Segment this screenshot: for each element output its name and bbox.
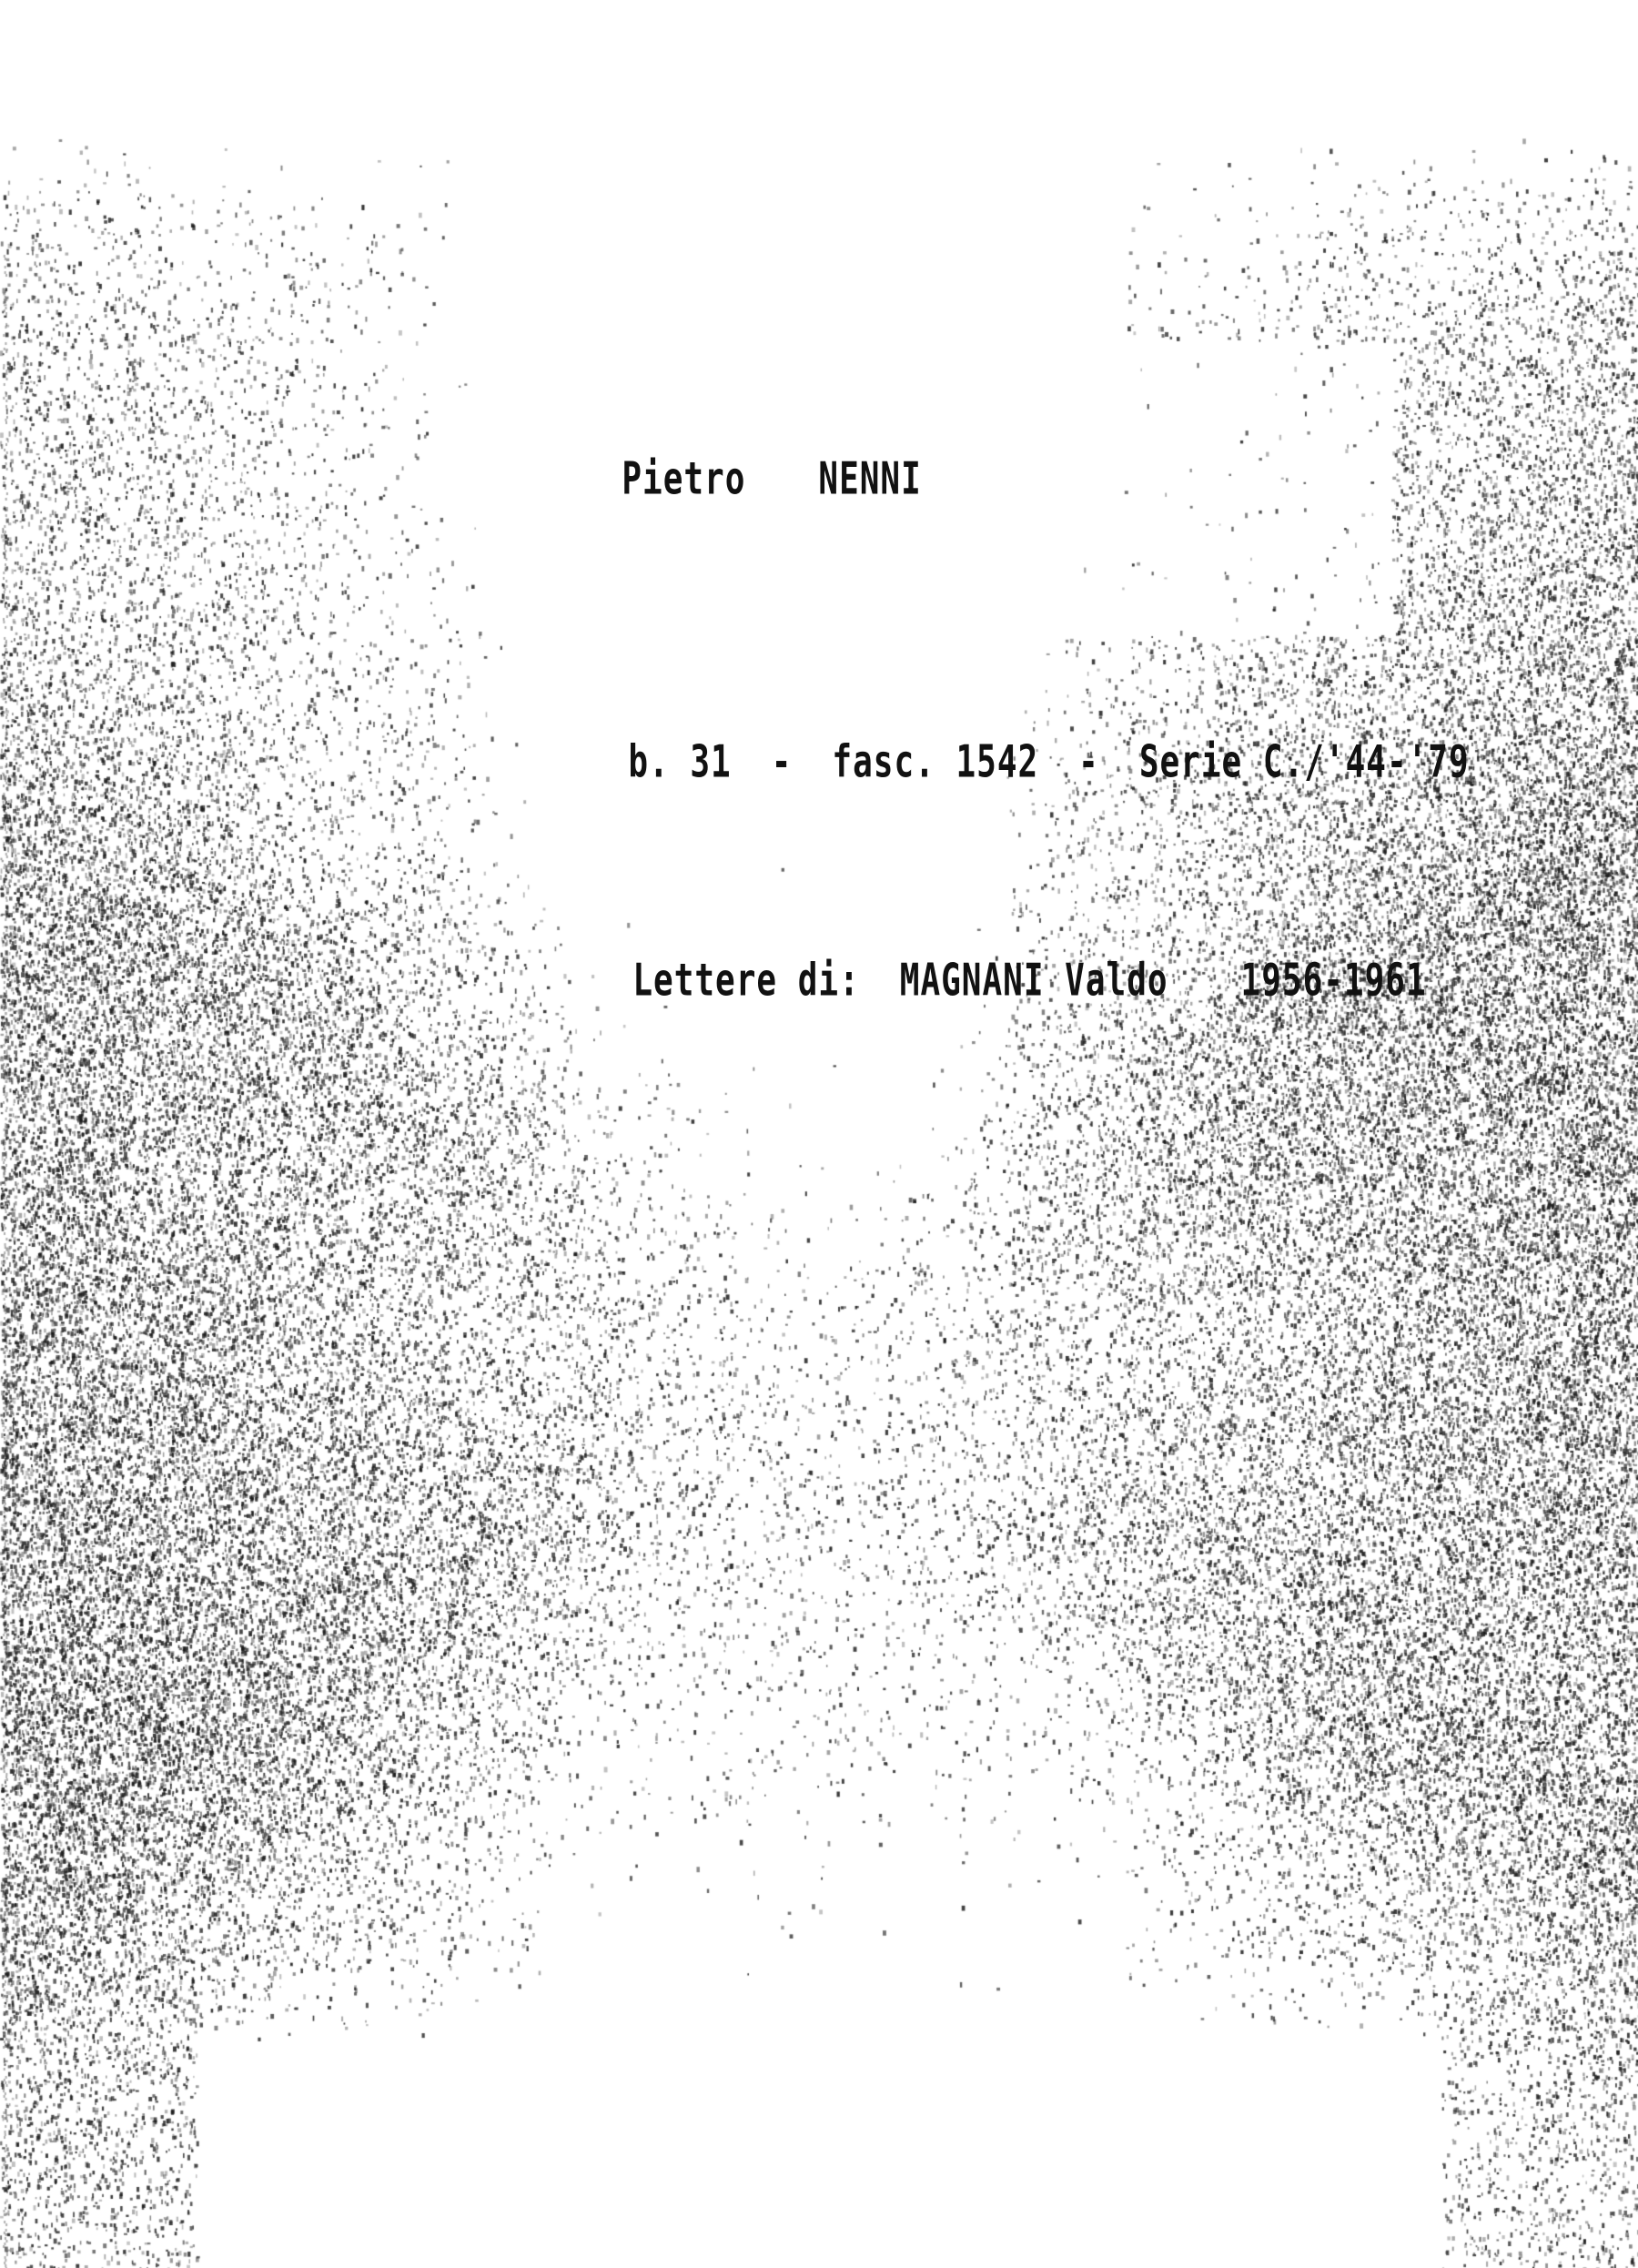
author-first-name: Pietro: [622, 454, 745, 504]
correspondent-name: MAGNANI Valdo: [900, 956, 1168, 1006]
author-last-name: NENNI: [818, 454, 921, 504]
busta-number: b. 31: [628, 737, 731, 787]
contents-line: Lettere di:MAGNANI Valdo1956-1961: [591, 906, 1427, 1007]
separator-dash: -: [1078, 737, 1099, 787]
separator-dash: -: [772, 737, 793, 787]
fascicolo-number: fasc. 1542: [832, 737, 1038, 787]
author-line: PietroNENNI: [581, 404, 922, 505]
letters-label: Lettere di:: [632, 956, 859, 1006]
serie-label: Serie C./'44-'79: [1139, 737, 1470, 787]
photocopy-noise-texture: [0, 0, 1638, 2268]
date-range: 1956-1961: [1241, 956, 1427, 1006]
reference-line: b. 31-fasc. 1542-Serie C./'44-'79: [587, 687, 1470, 788]
